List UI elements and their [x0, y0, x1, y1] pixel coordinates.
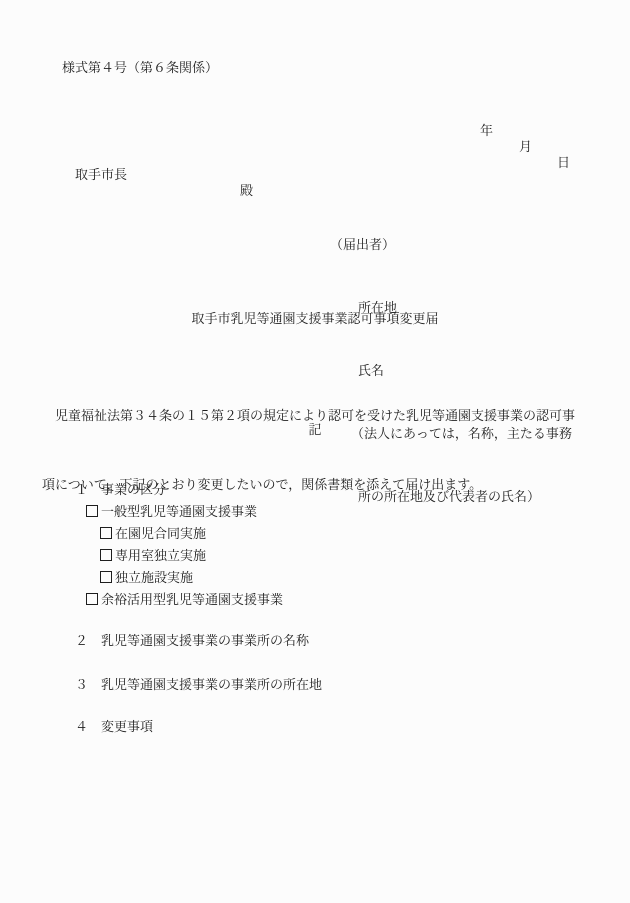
notifier-heading: （届出者） — [330, 234, 572, 255]
checkbox-icon — [86, 593, 98, 605]
addressee-honorific: 殿 — [240, 183, 253, 199]
addressee-line: 取手市長 殿 — [0, 151, 630, 167]
section-4-heading: ４変更事項 — [62, 703, 153, 751]
option-label: 余裕活用型乳児等通園支援事業 — [101, 592, 283, 607]
section-4-number: ４ — [75, 719, 101, 735]
year-label: 年 — [480, 123, 493, 139]
section-3-number: ３ — [75, 677, 101, 693]
section-2-label: 乳児等通園支援事業の事業所の名称 — [101, 633, 309, 648]
section-2-number: ２ — [75, 633, 101, 649]
addressee-name: 取手市長 — [75, 167, 127, 183]
section-4-label: 変更事項 — [101, 719, 153, 734]
date-line: 年 月 日 — [0, 107, 630, 123]
document-page: 様式第４号（第６条関係） 年 月 日 取手市長 殿 （届出者） 所在地 氏名 （… — [0, 0, 630, 903]
section-3-label: 乳児等通園支援事業の事業所の所在地 — [101, 677, 322, 692]
section-3-heading: ３乳児等通園支援事業の事業所の所在地 — [62, 661, 322, 709]
section-2-heading: ２乳児等通園支援事業の事業所の名称 — [62, 617, 309, 665]
record-marker: 記 — [0, 422, 630, 438]
document-title: 取手市乳児等通園支援事業認可事項変更届 — [0, 311, 630, 327]
form-number: 様式第４号（第６条関係） — [62, 60, 218, 76]
